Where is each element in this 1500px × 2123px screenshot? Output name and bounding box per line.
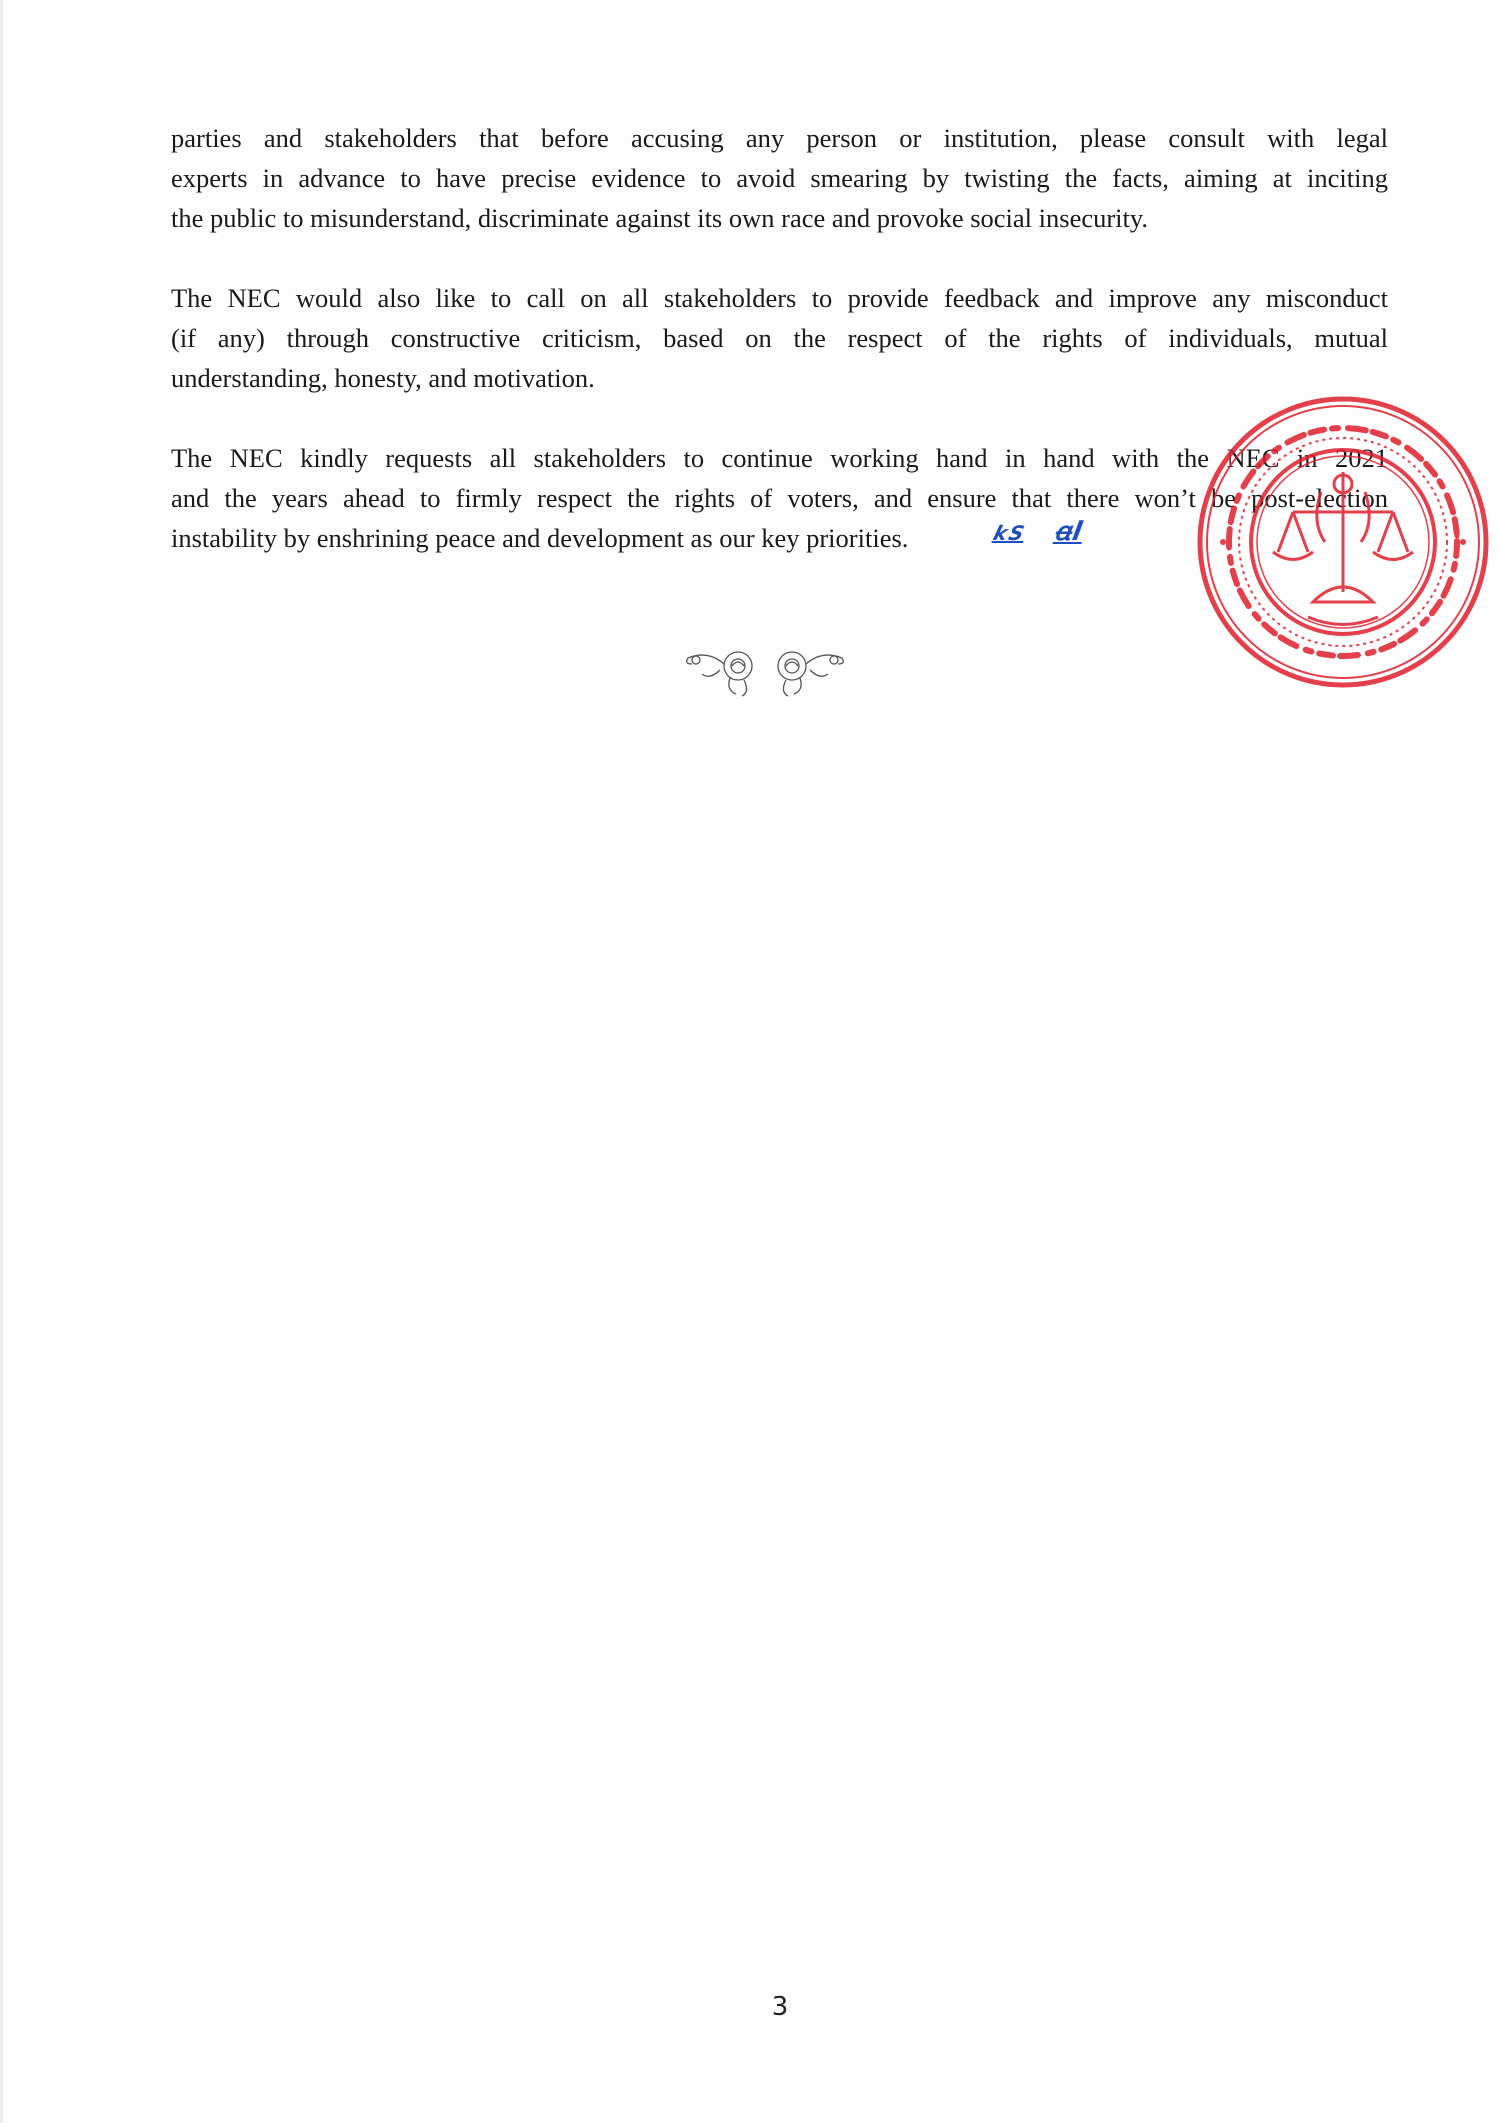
page-number: 3 [0, 1992, 1500, 2022]
official-seal-icon [1193, 392, 1493, 692]
text-line: experts in advance to have precise evide… [171, 158, 1388, 198]
text-line: the public to misunderstand, discriminat… [171, 198, 1388, 238]
initial-1: kS [991, 521, 1029, 545]
floral-ornament-icon [680, 640, 850, 700]
paragraph-legal-advice: parties and stakeholders that before acc… [171, 118, 1388, 238]
text-line: parties and stakeholders that before acc… [171, 118, 1388, 158]
document-page: parties and stakeholders that before acc… [0, 0, 1500, 2123]
handwritten-initials: kS ꬰl [994, 512, 1084, 548]
text-line: The NEC would also like to call on all s… [171, 278, 1388, 318]
initial-2: ꬰl [1052, 512, 1087, 548]
text-line: (if any) through constructive criticism,… [171, 318, 1388, 358]
paragraph-feedback-call: The NEC would also like to call on all s… [171, 278, 1388, 398]
scan-edge [0, 0, 3, 2123]
